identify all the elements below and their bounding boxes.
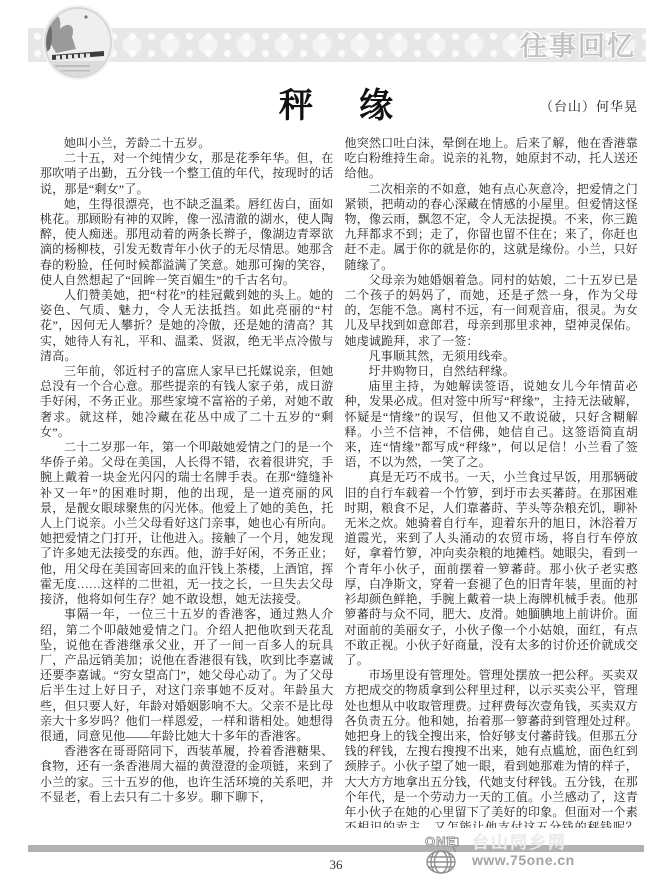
- one-globe-icon: ONE: [416, 832, 468, 878]
- paragraph: 她叫小兰，芳龄二十五岁。: [40, 136, 334, 151]
- oracle-verse-line: 圩井购物日，自然结秤缘。: [345, 364, 639, 379]
- paragraph: 人们赞美她，把“村花”的桂冠戴到她的头上。她的姿色、气质、魅力，令人无法抵挡。如…: [40, 288, 334, 364]
- paragraph-continuation: 他突然口吐白沫，晕倒在地上。后来了解，他在香港靠吃白粉维持生命。说亲的礼物，她原…: [345, 136, 639, 182]
- title-row: 秤 缘 （台山）何华晃: [40, 78, 638, 124]
- paragraph: 香港客在哥哥陪同下，西装革履，拎着香港糖果、食物，还有一条香港周大福的黄澄澄的金…: [40, 744, 334, 805]
- bridge-photo-illustration: [46, 9, 110, 76]
- paragraph: 庙里主持，为她解读签语，说她女儿今年情苗必种，发果必成。但对签中所写“秤缘”，主…: [345, 379, 639, 470]
- paragraph: 二次相亲的不如意，她有点心灰意冷，把爱情之门紧锁，把萌动的春心深藏在情感的小屋里…: [345, 182, 639, 273]
- header-ornament-band: 往事回忆: [28, 28, 646, 62]
- oracle-verse-line: 凡事顺其然，无须用线牵。: [345, 349, 639, 364]
- text-column-right: 他突然口吐白沫，晕倒在地上。后来了解，他在香港靠吃白粉维持生命。说亲的礼物，她原…: [345, 136, 639, 828]
- article-byline: （台山）何华晃: [540, 96, 638, 115]
- text-column-left: 她叫小兰，芳龄二十五岁。 二十五，对一个纯情少女，那是花季年华。但，在那吹哨子出…: [40, 136, 334, 828]
- paragraph: 父母亲为她婚姻着急。同村的姑娘，二十五岁已是二个孩子的妈妈了，而她，还是孑然一身…: [345, 273, 639, 349]
- paragraph: 事隔一年，一位三十五岁的香港客，通过熟人介绍，第二个叩敲她爱情之门。介绍人把他吹…: [40, 607, 334, 744]
- watermark-texts: 台山同乡网 www.75one.cn: [472, 834, 575, 868]
- paragraph: 三年前，邻近村子的富庶人家早已托媒说亲，但她总没有一个合心意。那些提亲的有钱人家…: [40, 364, 334, 440]
- corner-photo: [46, 9, 110, 76]
- watermark-faint-text: 台山同乡网: [472, 834, 567, 852]
- paragraph: 她，生得很漂亮，也不缺乏温柔。唇红齿白，面如桃花。那顾盼有神的双眸，像一泓清澈的…: [40, 197, 334, 288]
- article-body: 她叫小兰，芳龄二十五岁。 二十五，对一个纯情少女，那是花季年华。但，在那吹哨子出…: [40, 136, 638, 828]
- watermark-url: www.75one.cn: [472, 852, 575, 868]
- paragraph: 真是无巧不成书。一天，小兰食过早饭，用那辆破旧的自行车载着一个竹箩，到圩市去买蕃…: [345, 470, 639, 668]
- paragraph: 二十五，对一个纯情少女，那是花季年华。但，在那吹哨子出勤，五分钱一个整工值的年代…: [40, 151, 334, 197]
- site-watermark: ONE 台山同乡网 www.75one.cn: [416, 832, 646, 878]
- one-logo-text: ONE: [425, 834, 456, 849]
- paragraph: 市场里设有管理处。管理处摆放一把公秤。买卖双方把成交的物质拿到公秤里过秤，以示买…: [345, 668, 639, 828]
- paragraph: 二十二岁那一年，第一个叩敲她爱情之门的是一个华侨子弟。父母在美国，人长得不错，衣…: [40, 440, 334, 607]
- section-label: 往事回忆: [520, 25, 636, 64]
- scanned-magazine-page: 往事回忆 秤 缘 （台山）何华晃 她叫小兰，芳龄二十五岁。 二十五，对一个纯情少…: [0, 0, 672, 878]
